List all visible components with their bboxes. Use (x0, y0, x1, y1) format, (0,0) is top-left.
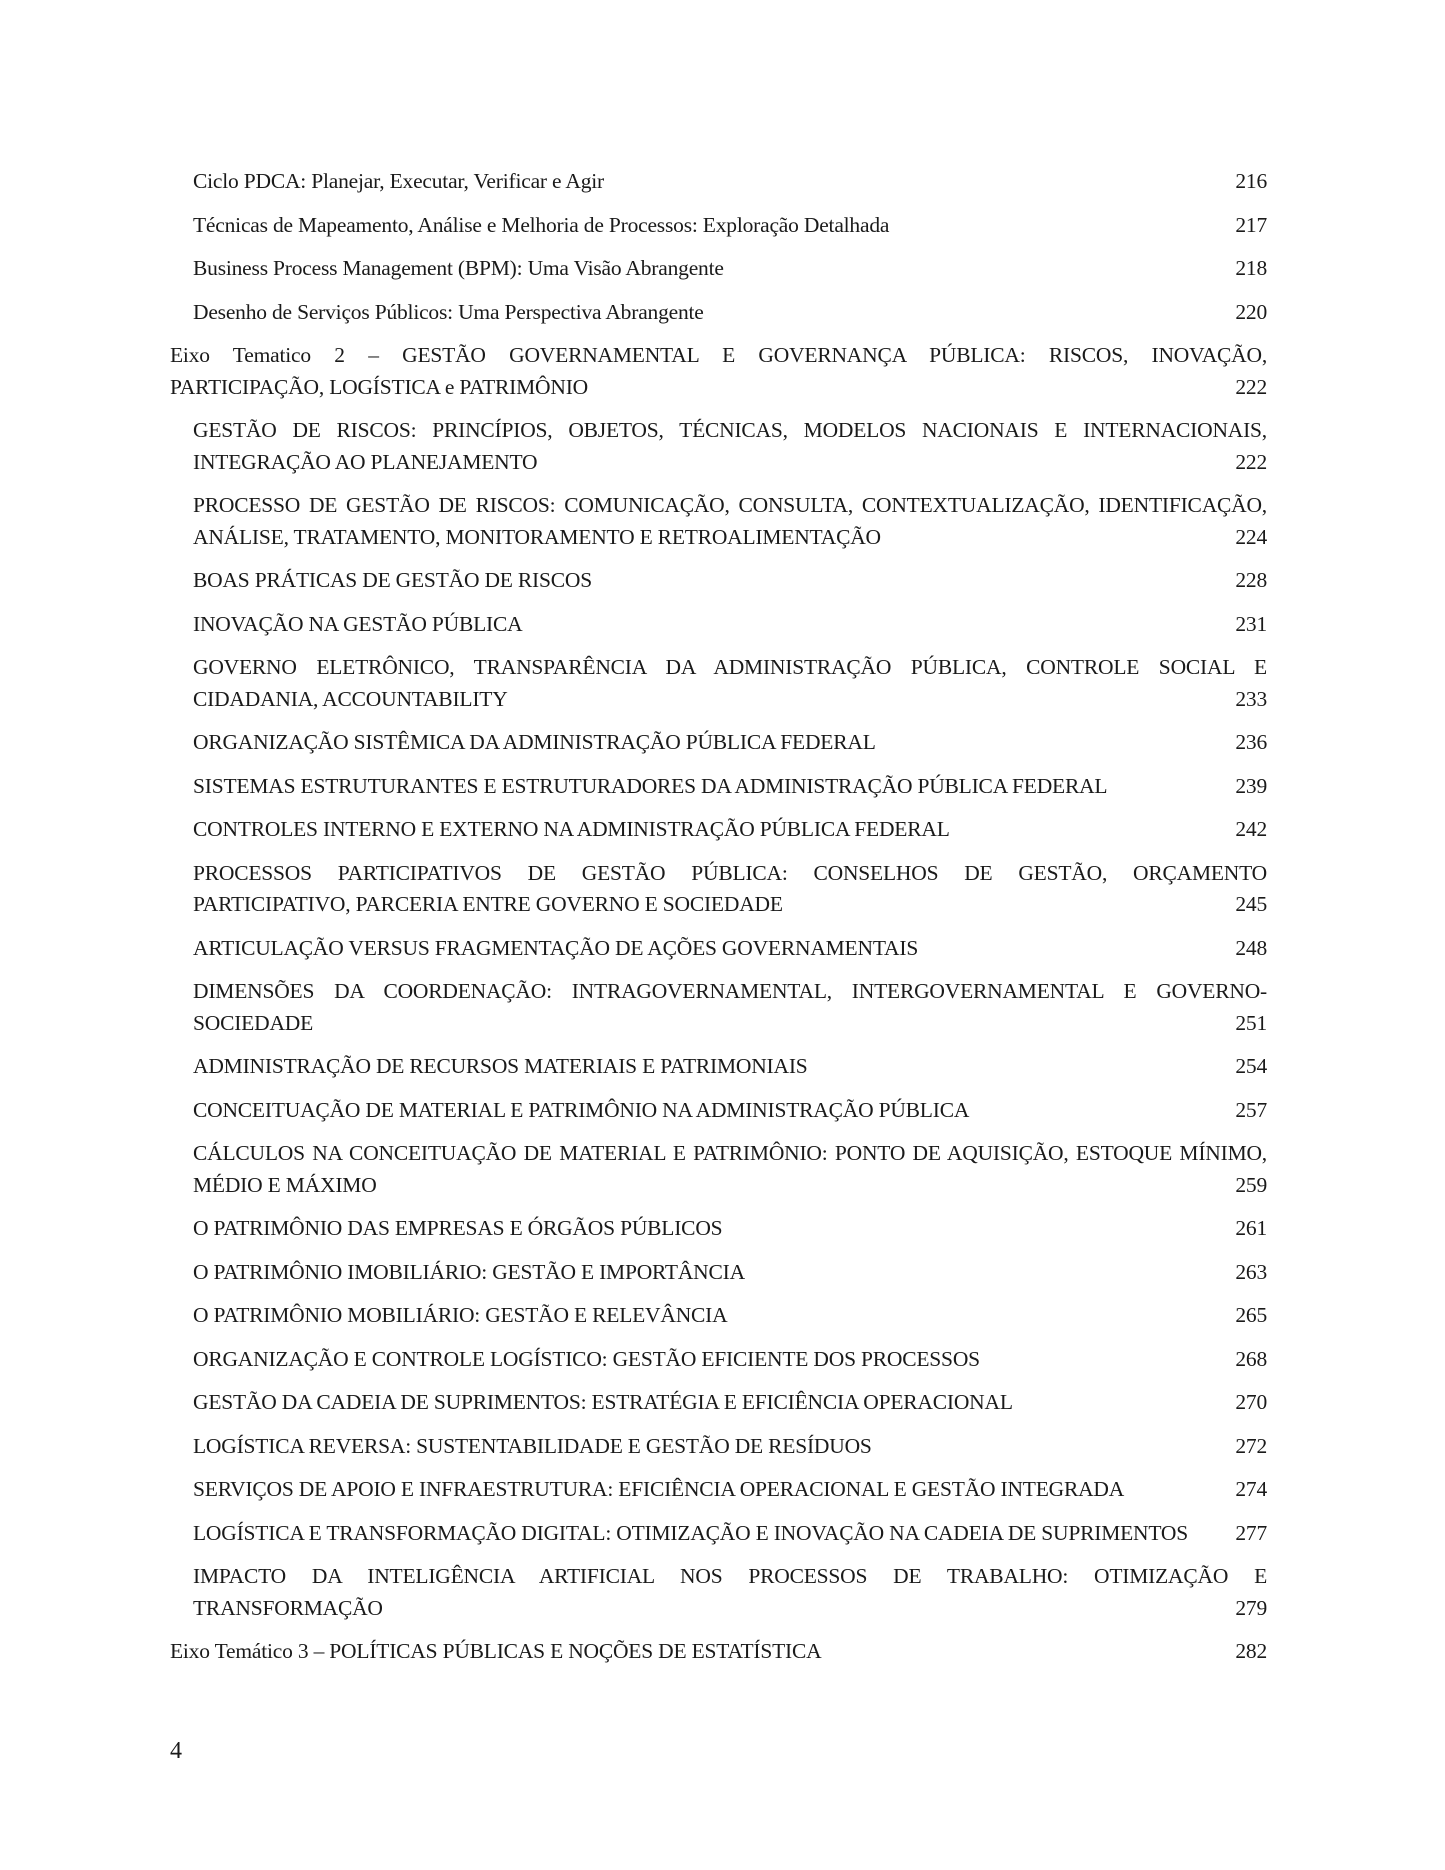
toc-entry-title: O PATRIMÔNIO MOBILIÁRIO: GESTÃO E RELEVÂ… (193, 1300, 727, 1332)
toc-entry[interactable]: ORGANIZAÇÃO SISTÊMICA DA ADMINISTRAÇÃO P… (170, 727, 1267, 759)
toc-page-number: 272 (1235, 1431, 1267, 1463)
dot-leader (1126, 1475, 1233, 1497)
toc-entry-title-line: CÁLCULOS NA CONCEITUAÇÃO DE MATERIAL E P… (193, 1138, 1267, 1170)
dot-leader (726, 254, 1234, 276)
table-of-contents: Ciclo PDCA: Planejar, Executar, Verifica… (170, 166, 1267, 1680)
toc-entry-title: ANÁLISE, TRATAMENTO, MONITORAMENTO E RET… (193, 522, 881, 554)
toc-entry[interactable]: DIMENSÕES DA COORDENAÇÃO: INTRAGOVERNAME… (170, 976, 1267, 1039)
toc-entry-title-line: IMPACTO DA INTELIGÊNCIA ARTIFICIAL NOS P… (193, 1561, 1267, 1593)
toc-entry-title: Técnicas de Mapeamento, Análise e Melhor… (193, 210, 889, 242)
toc-page-number: 279 (1235, 1593, 1267, 1625)
dot-leader (539, 447, 1233, 469)
dot-leader (823, 1637, 1233, 1659)
toc-entry-title: MÉDIO E MÁXIMO (193, 1170, 377, 1202)
toc-page-number: 257 (1235, 1095, 1267, 1127)
dot-leader (606, 167, 1233, 189)
dot-leader (724, 1214, 1233, 1236)
toc-entry-title: GESTÃO DA CADEIA DE SUPRIMENTOS: ESTRATÉ… (193, 1387, 1013, 1419)
toc-entry[interactable]: Ciclo PDCA: Planejar, Executar, Verifica… (170, 166, 1267, 198)
toc-entry-title: O PATRIMÔNIO DAS EMPRESAS E ÓRGÃOS PÚBLI… (193, 1213, 722, 1245)
toc-entry-title: LOGÍSTICA E TRANSFORMAÇÃO DIGITAL: OTIMI… (193, 1518, 1188, 1550)
toc-entry-title: CIDADANIA, ACCOUNTABILITY (193, 684, 508, 716)
toc-entry[interactable]: BOAS PRÁTICAS DE GESTÃO DE RISCOS228 (170, 565, 1267, 597)
dot-leader (590, 372, 1233, 394)
dot-leader (891, 210, 1233, 232)
toc-entry[interactable]: SISTEMAS ESTRUTURANTES E ESTRUTURADORES … (170, 771, 1267, 803)
toc-page-number: 277 (1235, 1518, 1267, 1550)
toc-entry-title: BOAS PRÁTICAS DE GESTÃO DE RISCOS (193, 565, 592, 597)
toc-entry-title: Business Process Management (BPM): Uma V… (193, 253, 724, 285)
toc-page-number: 224 (1235, 522, 1267, 554)
toc-entry-title: SOCIEDADE (193, 1008, 313, 1040)
toc-page-number: 222 (1235, 372, 1267, 404)
toc-entry[interactable]: LOGÍSTICA E TRANSFORMAÇÃO DIGITAL: OTIMI… (170, 1518, 1267, 1550)
toc-entry-title: INTEGRAÇÃO AO PLANEJAMENTO (193, 447, 537, 479)
toc-entry[interactable]: IMPACTO DA INTELIGÊNCIA ARTIFICIAL NOS P… (170, 1561, 1267, 1624)
dot-leader (952, 815, 1234, 837)
toc-entry-title-line: PROCESSO DE GESTÃO DE RISCOS: COMUNICAÇÃ… (193, 490, 1267, 522)
dot-leader (785, 890, 1234, 912)
dot-leader (729, 1301, 1233, 1323)
toc-page-number: 265 (1235, 1300, 1267, 1332)
toc-page-number: 254 (1235, 1051, 1267, 1083)
toc-entry-title: Ciclo PDCA: Planejar, Executar, Verifica… (193, 166, 604, 198)
toc-entry[interactable]: PROCESSO DE GESTÃO DE RISCOS: COMUNICAÇÃ… (170, 490, 1267, 553)
toc-entry-title: ORGANIZAÇÃO E CONTROLE LOGÍSTICO: GESTÃO… (193, 1344, 980, 1376)
toc-entry-title: Desenho de Serviços Públicos: Uma Perspe… (193, 297, 704, 329)
toc-entry-title: INOVAÇÃO NA GESTÃO PÚBLICA (193, 609, 522, 641)
toc-page-number: 228 (1235, 565, 1267, 597)
toc-entry-title: TRANSFORMAÇÃO (193, 1593, 383, 1625)
toc-entry[interactable]: GESTÃO DE RISCOS: PRINCÍPIOS, OBJETOS, T… (170, 415, 1267, 478)
toc-entry-title-line: GOVERNO ELETRÔNICO, TRANSPARÊNCIA DA ADM… (193, 652, 1267, 684)
toc-entry-title: CONTROLES INTERNO E EXTERNO NA ADMINISTR… (193, 814, 950, 846)
toc-page-number: 222 (1235, 447, 1267, 479)
toc-entry[interactable]: O PATRIMÔNIO MOBILIÁRIO: GESTÃO E RELEVÂ… (170, 1300, 1267, 1332)
toc-page-number: 261 (1235, 1213, 1267, 1245)
toc-page-number: 263 (1235, 1257, 1267, 1289)
toc-entry-title: SERVIÇOS DE APOIO E INFRAESTRUTURA: EFIC… (193, 1474, 1124, 1506)
toc-entry-title: PARTICIPATIVO, PARCERIA ENTRE GOVERNO E … (193, 889, 783, 921)
toc-page-number: 245 (1235, 889, 1267, 921)
toc-entry[interactable]: ARTICULAÇÃO VERSUS FRAGMENTAÇÃO DE AÇÕES… (170, 933, 1267, 965)
toc-page-number: 268 (1235, 1344, 1267, 1376)
toc-entry[interactable]: Business Process Management (BPM): Uma V… (170, 253, 1267, 285)
toc-page-number: 259 (1235, 1170, 1267, 1202)
toc-entry[interactable]: GESTÃO DA CADEIA DE SUPRIMENTOS: ESTRATÉ… (170, 1387, 1267, 1419)
toc-entry-title-line: PROCESSOS PARTICIPATIVOS DE GESTÃO PÚBLI… (193, 858, 1267, 890)
dot-leader (379, 1170, 1234, 1192)
toc-entry[interactable]: CÁLCULOS NA CONCEITUAÇÃO DE MATERIAL E P… (170, 1138, 1267, 1201)
toc-entry[interactable]: CONTROLES INTERNO E EXTERNO NA ADMINISTR… (170, 814, 1267, 846)
toc-page-number: 270 (1235, 1387, 1267, 1419)
toc-entry-title: ORGANIZAÇÃO SISTÊMICA DA ADMINISTRAÇÃO P… (193, 727, 876, 759)
dot-leader (971, 1095, 1233, 1117)
dot-leader (385, 1593, 1234, 1615)
toc-page-number: 233 (1235, 684, 1267, 716)
toc-entry-title-line: GESTÃO DE RISCOS: PRINCÍPIOS, OBJETOS, T… (193, 415, 1267, 447)
toc-page-number: 218 (1235, 253, 1267, 285)
toc-entry-title-line: Eixo Tematico 2 – GESTÃO GOVERNAMENTAL E… (170, 340, 1267, 372)
toc-entry[interactable]: ADMINISTRAÇÃO DE RECURSOS MATERIAIS E PA… (170, 1051, 1267, 1083)
toc-entry[interactable]: INOVAÇÃO NA GESTÃO PÚBLICA231 (170, 609, 1267, 641)
dot-leader (594, 566, 1233, 588)
toc-page-number: 251 (1235, 1008, 1267, 1040)
toc-entry[interactable]: LOGÍSTICA REVERSA: SUSTENTABILIDADE E GE… (170, 1431, 1267, 1463)
toc-page-number: 220 (1235, 297, 1267, 329)
toc-page-number: 274 (1235, 1474, 1267, 1506)
dot-leader (706, 297, 1234, 319)
toc-page-number: 236 (1235, 727, 1267, 759)
toc-entry-title: O PATRIMÔNIO IMOBILIÁRIO: GESTÃO E IMPOR… (193, 1257, 745, 1289)
dot-leader (315, 1008, 1233, 1030)
toc-entry-title: PARTICIPAÇÃO, LOGÍSTICA e PATRIMÔNIO (170, 372, 588, 404)
page-number: 4 (170, 1738, 182, 1765)
toc-entry[interactable]: Técnicas de Mapeamento, Análise e Melhor… (170, 210, 1267, 242)
toc-entry-title: SISTEMAS ESTRUTURANTES E ESTRUTURADORES … (193, 771, 1107, 803)
toc-page-number: 217 (1235, 210, 1267, 242)
dot-leader (810, 1052, 1234, 1074)
dot-leader (878, 728, 1234, 750)
dot-leader (524, 609, 1233, 631)
dot-leader (982, 1344, 1233, 1366)
toc-entry[interactable]: O PATRIMÔNIO DAS EMPRESAS E ÓRGÃOS PÚBLI… (170, 1213, 1267, 1245)
dot-leader (1190, 1518, 1233, 1540)
toc-page-number: 239 (1235, 771, 1267, 803)
dot-leader (1015, 1388, 1234, 1410)
toc-page-number: 231 (1235, 609, 1267, 641)
toc-entry[interactable]: ORGANIZAÇÃO E CONTROLE LOGÍSTICO: GESTÃO… (170, 1344, 1267, 1376)
toc-entry-title: CONCEITUAÇÃO DE MATERIAL E PATRIMÔNIO NA… (193, 1095, 969, 1127)
dot-leader (510, 684, 1234, 706)
toc-page-number: 282 (1235, 1636, 1267, 1668)
toc-entry[interactable]: PROCESSOS PARTICIPATIVOS DE GESTÃO PÚBLI… (170, 858, 1267, 921)
toc-entry[interactable]: O PATRIMÔNIO IMOBILIÁRIO: GESTÃO E IMPOR… (170, 1257, 1267, 1289)
toc-entry[interactable]: CONCEITUAÇÃO DE MATERIAL E PATRIMÔNIO NA… (170, 1095, 1267, 1127)
toc-page-number: 242 (1235, 814, 1267, 846)
toc-page-number: 248 (1235, 933, 1267, 965)
toc-entry-title: ADMINISTRAÇÃO DE RECURSOS MATERIAIS E PA… (193, 1051, 808, 1083)
dot-leader (883, 522, 1233, 544)
toc-entry-title: ARTICULAÇÃO VERSUS FRAGMENTAÇÃO DE AÇÕES… (193, 933, 918, 965)
toc-entry[interactable]: Eixo Temático 3 – POLÍTICAS PÚBLICAS E N… (170, 1636, 1267, 1668)
toc-entry[interactable]: Desenho de Serviços Públicos: Uma Perspe… (170, 297, 1267, 329)
toc-entry[interactable]: GOVERNO ELETRÔNICO, TRANSPARÊNCIA DA ADM… (170, 652, 1267, 715)
dot-leader (1109, 771, 1233, 793)
dot-leader (874, 1431, 1234, 1453)
dot-leader (747, 1257, 1233, 1279)
dot-leader (920, 933, 1233, 955)
toc-entry-title: Eixo Temático 3 – POLÍTICAS PÚBLICAS E N… (170, 1636, 821, 1668)
toc-entry[interactable]: SERVIÇOS DE APOIO E INFRAESTRUTURA: EFIC… (170, 1474, 1267, 1506)
toc-entry-title: LOGÍSTICA REVERSA: SUSTENTABILIDADE E GE… (193, 1431, 872, 1463)
toc-page-number: 216 (1235, 166, 1267, 198)
toc-entry[interactable]: Eixo Tematico 2 – GESTÃO GOVERNAMENTAL E… (170, 340, 1267, 403)
toc-entry-title-line: DIMENSÕES DA COORDENAÇÃO: INTRAGOVERNAME… (193, 976, 1267, 1008)
